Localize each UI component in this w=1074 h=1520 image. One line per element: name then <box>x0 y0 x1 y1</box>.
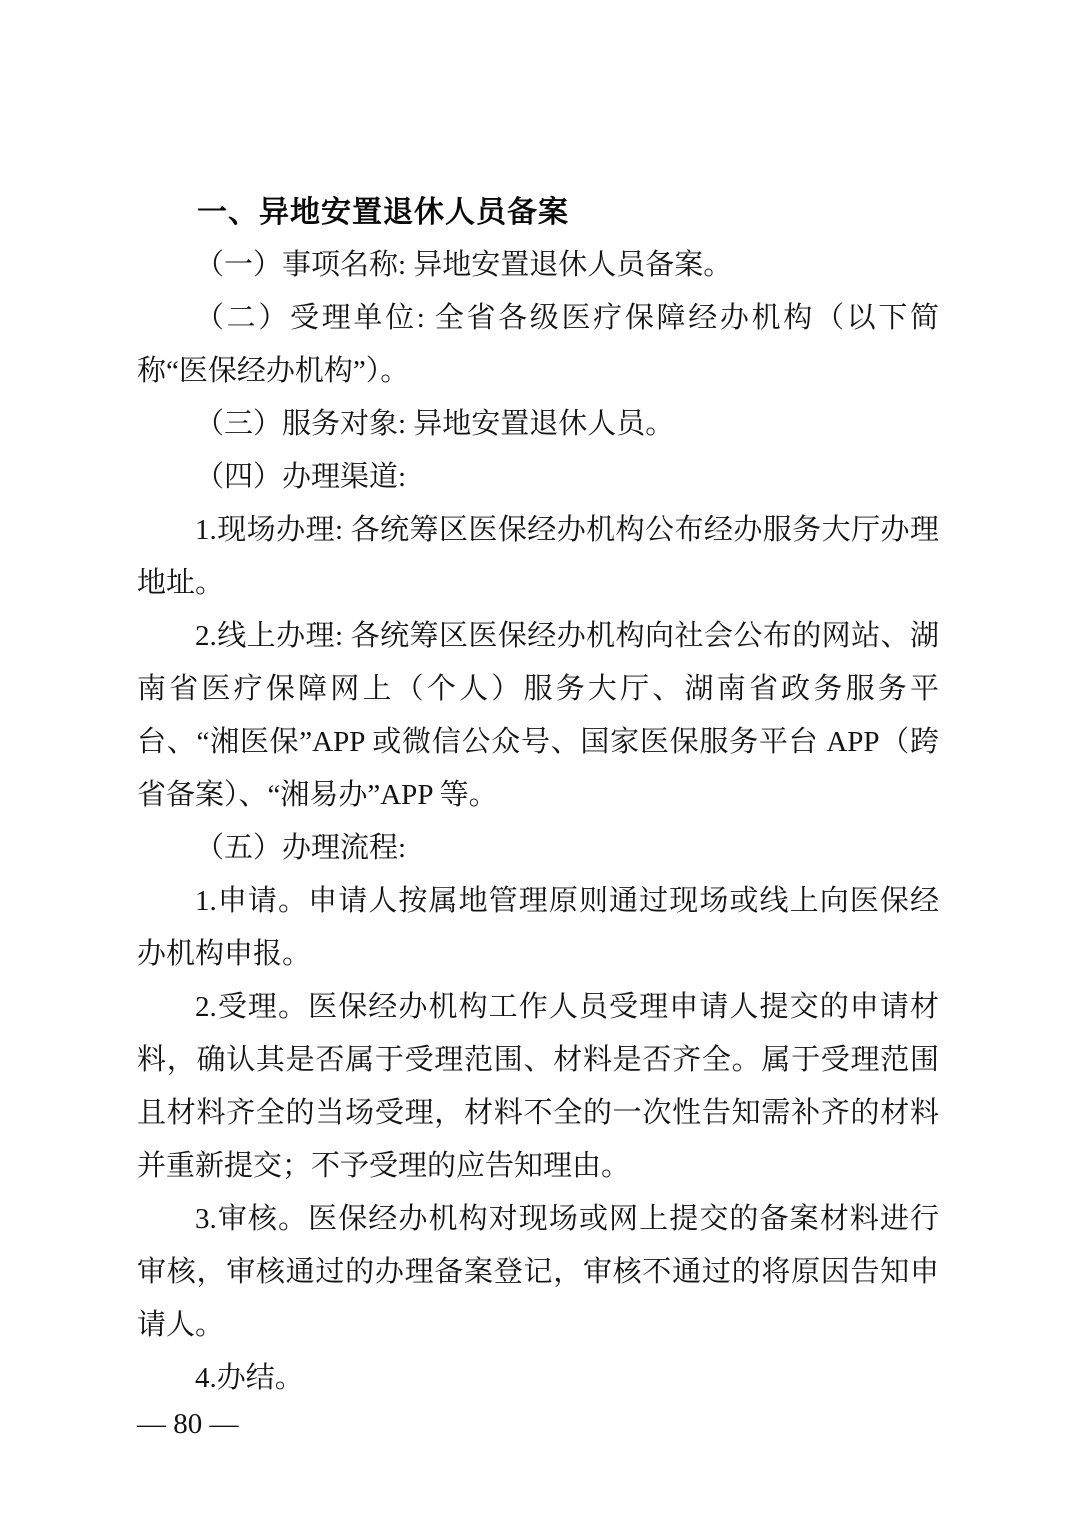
paragraph-step-review: 3.审核。医保经办机构对现场或网上提交的备案材料进行审核，审核通过的办理备案登记… <box>137 1193 939 1352</box>
page-number: — 80 — <box>137 1404 239 1444</box>
paragraph-onsite-channel: 1.现场办理: 各统筹区医保经办机构公布经办服务大厅办理地址。 <box>137 504 939 610</box>
paragraph-channels-label: （四）办理渠道: <box>137 451 939 504</box>
paragraph-service-target: （三）服务对象: 异地安置退休人员。 <box>137 398 939 451</box>
paragraph-process-label: （五）办理流程: <box>137 822 939 875</box>
paragraph-online-channel: 2.线上办理: 各统筹区医保经办机构向社会公布的网站、湖南省医疗保障网上（个人）… <box>137 610 939 822</box>
paragraph-accepting-unit: （二）受理单位: 全省各级医疗保障经办机构（以下简称“医保经办机构”）。 <box>137 292 939 398</box>
document-page: 一、异地安置退休人员备案 （一）事项名称: 异地安置退休人员备案。 （二）受理单… <box>0 0 1074 1520</box>
paragraph-step-complete: 4.办结。 <box>137 1352 939 1405</box>
section-heading: 一、异地安置退休人员备案 <box>137 186 939 239</box>
paragraph-item-name: （一）事项名称: 异地安置退休人员备案。 <box>137 239 939 292</box>
document-body: 一、异地安置退休人员备案 （一）事项名称: 异地安置退休人员备案。 （二）受理单… <box>137 186 939 1405</box>
paragraph-step-accept: 2.受理。医保经办机构工作人员受理申请人提交的申请材料，确认其是否属于受理范围、… <box>137 981 939 1193</box>
paragraph-step-apply: 1.申请。申请人按属地管理原则通过现场或线上向医保经办机构申报。 <box>137 875 939 981</box>
